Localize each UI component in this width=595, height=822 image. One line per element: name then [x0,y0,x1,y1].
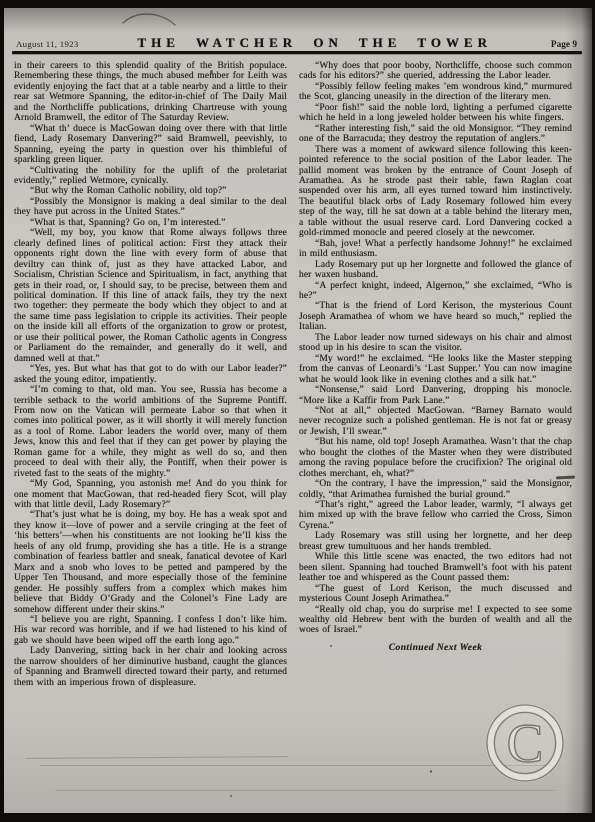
paragraph: “What th’ duece is MacGowan doing over t… [14,124,287,166]
dust-speck [245,235,247,237]
paragraph: “Poor fish!” said the noble lord, lighti… [299,103,572,124]
copyright-watermark-icon: C [483,701,567,785]
paragraph: “The guest of Lord Kerison, the much dis… [299,584,572,605]
paragraph: “Well, my boy, you know that Rome always… [14,228,287,364]
paragraph: “My word!” he exclaimed. “He looks like … [299,354,572,385]
paragraph: “But why the Roman Catholic nobility, ol… [14,186,287,196]
issue-date: August 11, 1923 [16,39,79,49]
paragraph: “That’s right,” agreed the Labor leader,… [299,500,572,531]
scan-line-artifact [55,790,555,791]
paragraph: “Cultivating the nobility for the uplift… [14,166,287,187]
scan-shadow-top [0,8,595,32]
scan-line-artifact [40,765,555,766]
paragraph: “Why does that poor booby, Northcliffe, … [299,61,572,82]
scanned-newspaper-page: August 11, 1923 THE WATCHER ON THE TOWER… [0,0,595,822]
paragraph: in their careers to this splendid qualit… [14,61,287,124]
dust-speck [430,770,432,773]
dust-speck [210,70,213,74]
paragraph: Lady Rosemary was still using her lorgne… [299,531,572,552]
paragraph: “I believe you are right, Spanning. I co… [14,615,287,646]
pencil-mark [120,8,182,30]
paragraph: “Possibly the Monsignor is making a deal… [14,197,287,218]
paragraph: “That is the friend of Lord Kerison, the… [299,301,572,332]
page-number: Page 9 [551,40,577,50]
watermark-letter: C [507,713,544,774]
margin-ink-smudge [556,476,575,480]
header-rule [12,51,582,54]
paragraph: “Yes, yes. But what has that got to do w… [14,364,287,385]
paragraph: While this little scene was enacted, the… [299,552,572,583]
right-column-text: “Why does that poor booby, Northcliffe, … [299,61,572,636]
scan-edge-left [0,0,4,822]
left-column: in their careers to this splendid qualit… [14,61,287,688]
paragraph: “What is that, Spanning? Go on, I’m inte… [14,218,287,228]
paragraph: Lady Danvering, sitting back in her chai… [14,646,287,688]
paragraph: “Nonsense,” said Lord Danvering, droppin… [299,385,572,406]
paragraph: There was a moment of awkward silence fo… [299,145,572,239]
masthead-title: THE WATCHER ON THE TOWER [79,35,551,51]
dust-speck [230,795,232,797]
paragraph: “Not at all,” objected MacGowan. “Barney… [299,406,572,437]
paragraph: Lady Rosemary put up her lorgnette and f… [299,260,572,281]
paragraph: “Really old chap, you do surprise me! I … [299,605,572,636]
continued-next-week: Continued Next Week [299,642,572,653]
scan-edge-top [0,0,595,8]
scan-edge-bottom [0,813,595,822]
paragraph: “A perfect knight, indeed, Algernon,” sh… [299,281,572,302]
paragraph: “I’m coming to that, old man. You see, R… [14,385,287,479]
paragraph: “That’s just what he is doing, my boy. H… [14,510,287,615]
paragraph: “My God, Spanning, you astonish me! And … [14,479,287,510]
scan-line-artifact [26,756,288,759]
paragraph: “On the contrary, I have the impression,… [299,479,572,500]
page-header: August 11, 1923 THE WATCHER ON THE TOWER… [16,35,577,51]
paragraph: The Labor leader now turned sideways on … [299,333,572,354]
paragraph: “Possibly fellow feeling makes ’em wondr… [299,82,572,103]
paragraph: “Bah, jove! What a perfectly handsome Jo… [299,239,572,260]
paragraph: “But his name, old top! Joseph Aramathea… [299,437,572,479]
right-column: “Why does that poor booby, Northcliffe, … [299,61,572,653]
paragraph: “Rather interesting fish,” said the old … [299,124,572,145]
dust-speck [330,645,332,647]
